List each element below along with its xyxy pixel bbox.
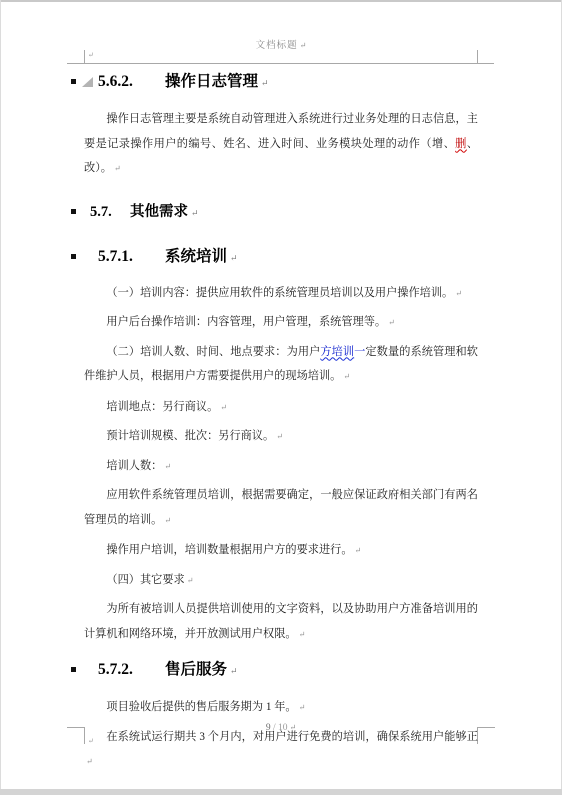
paragraph-text: 操作用户培训，培训数量根据用户方的要求进行。 [106, 544, 352, 556]
paragraph-text: 项目验收后提供的售后服务期为 1 年。 [106, 701, 296, 713]
paragraph-mark: ↵ [220, 403, 227, 412]
heading-number: 5.7.2. [98, 659, 165, 680]
line-continuation-mark: ↵ [86, 757, 93, 766]
paragraph-mark: ↵ [343, 372, 350, 381]
paragraph-mark: ↵ [187, 576, 194, 585]
heading-5-6-2[interactable]: 5.6.2.操作日志管理↵ [84, 71, 478, 94]
heading-title: 系统培训 [165, 248, 227, 265]
heading-bullet-icon [71, 79, 76, 84]
page-edge-left [0, 0, 1, 795]
paragraph-text: 为所有被培训人员提供培训使用的文字资料，以及协助用户方准备培训用的计算机和网络环… [84, 603, 478, 640]
heading-bullet-icon [71, 209, 76, 214]
page-number-total: / 10 [271, 723, 288, 733]
heading-title: 售后服务 [165, 661, 227, 678]
paragraph-training-requirements[interactable]: （二）培训人数、时间、地点要求：为用户方培训一定数量的系统管理和软件维护人员，根… [84, 340, 478, 390]
paragraph-text: （四）其它要求 [106, 574, 184, 586]
heading-number: 5.7. [90, 202, 130, 222]
paragraph-mark: ↵ [164, 462, 171, 471]
heading-collapse-triangle-icon[interactable] [82, 77, 93, 87]
document-footer: 9 / 10↵ [0, 723, 562, 733]
paragraph-aftersale-period[interactable]: 项目验收后提供的售后服务期为 1 年。↵ [84, 695, 478, 721]
footer-paragraph-mark: ↵ [289, 723, 296, 732]
document-body: 5.6.2.操作日志管理↵ 操作日志管理主要是系统自动管理进入系统进行过业务处理… [84, 64, 478, 775]
crop-mark-top-right [477, 50, 478, 64]
document-header: 文档标题↵ [0, 37, 562, 51]
heading-bullet-icon [71, 667, 76, 672]
heading-number: 5.6.2. [98, 71, 165, 92]
heading-bullet-icon [71, 254, 76, 259]
paragraph-mark: ↵ [230, 666, 238, 676]
paragraph-mark: ↵ [230, 253, 238, 263]
heading-title: 操作日志管理 [165, 73, 258, 90]
document-page: 文档标题↵ ↵ ↵ 5.6.2.操作日志管理↵ 操作日志管理主要是系统自动管理进… [0, 0, 562, 795]
paragraph-text: （一）培训内容：提供应用软件的系统管理员培训以及用户操作培训。 [106, 287, 453, 299]
header-paragraph-mark: ↵ [300, 41, 307, 50]
heading-5-7-2[interactable]: 5.7.2.售后服务↵ [84, 659, 478, 682]
paragraph-mark: ↵ [455, 289, 462, 298]
paragraph-text: 预计培训规模、批次：另行商议。 [106, 430, 274, 442]
paragraph-user-training[interactable]: 操作用户培训，培训数量根据用户方的要求进行。↵ [84, 538, 478, 564]
page-edge-top [0, 0, 562, 2]
paragraph-text: 培训地点：另行商议。 [106, 401, 218, 413]
paragraph-mark: ↵ [299, 630, 306, 639]
heading-5-7[interactable]: 5.7.其他需求↵ [84, 202, 478, 223]
paragraph-mark: ↵ [191, 208, 199, 218]
heading-number: 5.7.1. [98, 246, 165, 267]
paragraph-log-management[interactable]: 操作日志管理主要是系统自动管理进入系统进行过业务处理的日志信息，主要是记录操作用… [84, 107, 478, 182]
header-title: 文档标题 [256, 41, 298, 51]
page-edge-bottom [0, 789, 562, 795]
paragraph-backend-training[interactable]: 用户后台操作培训：内容管理，用户管理，系统管理等。↵ [84, 310, 478, 336]
paragraph-training-materials[interactable]: 为所有被培训人员提供培训使用的文字资料，以及协助用户方准备培训用的计算机和网络环… [84, 597, 478, 647]
crop-mark-top-left [84, 50, 85, 64]
paragraph-mark: ↵ [114, 164, 121, 173]
paragraph-text: （二）培训人数、时间、地点要求：为用户 [106, 346, 320, 358]
paragraph-other-requirements[interactable]: （四）其它要求↵ [84, 568, 478, 594]
paragraph-text: 培训人数： [106, 460, 162, 472]
heading-5-7-1[interactable]: 5.7.1.系统培训↵ [84, 246, 478, 269]
paragraph-text: 应用软件系统管理员培训，根据需要确定，一般应保证政府相关部门有两名管理员的培训。 [84, 489, 478, 526]
paragraph-text: 用户后台操作培训：内容管理，用户管理，系统管理等。 [106, 316, 386, 328]
paragraph-mark: ↵ [276, 432, 283, 441]
paragraph-mark: ↵ [299, 703, 306, 712]
margin-paragraph-mark-top: ↵ [88, 52, 94, 59]
paragraph-training-content[interactable]: （一）培训内容：提供应用软件的系统管理员培训以及用户操作培训。↵ [84, 281, 478, 307]
grammar-blue-term: 方培训 [320, 346, 354, 358]
paragraph-training-location[interactable]: 培训地点：另行商议。↵ [84, 395, 478, 421]
paragraph-training-scale[interactable]: 预计培训规模、批次：另行商议。↵ [84, 424, 478, 450]
paragraph-training-headcount[interactable]: 培训人数：↵ [84, 454, 478, 480]
paragraph-mark: ↵ [388, 318, 395, 327]
paragraph-mark: ↵ [261, 78, 269, 88]
paragraph-mark: ↵ [355, 546, 362, 555]
paragraph-mark: ↵ [164, 516, 171, 525]
spellcheck-red-term: 删 [455, 138, 467, 150]
paragraph-admin-training[interactable]: 应用软件系统管理员培训，根据需要确定，一般应保证政府相关部门有两名管理员的培训。… [84, 483, 478, 533]
paragraph-text: 操作日志管理主要是系统自动管理进入系统进行过业务处理的日志信息，主要是记录操作用… [84, 113, 478, 150]
heading-title: 其他需求 [130, 204, 188, 220]
grammar-blue-text: 一 [354, 346, 365, 358]
